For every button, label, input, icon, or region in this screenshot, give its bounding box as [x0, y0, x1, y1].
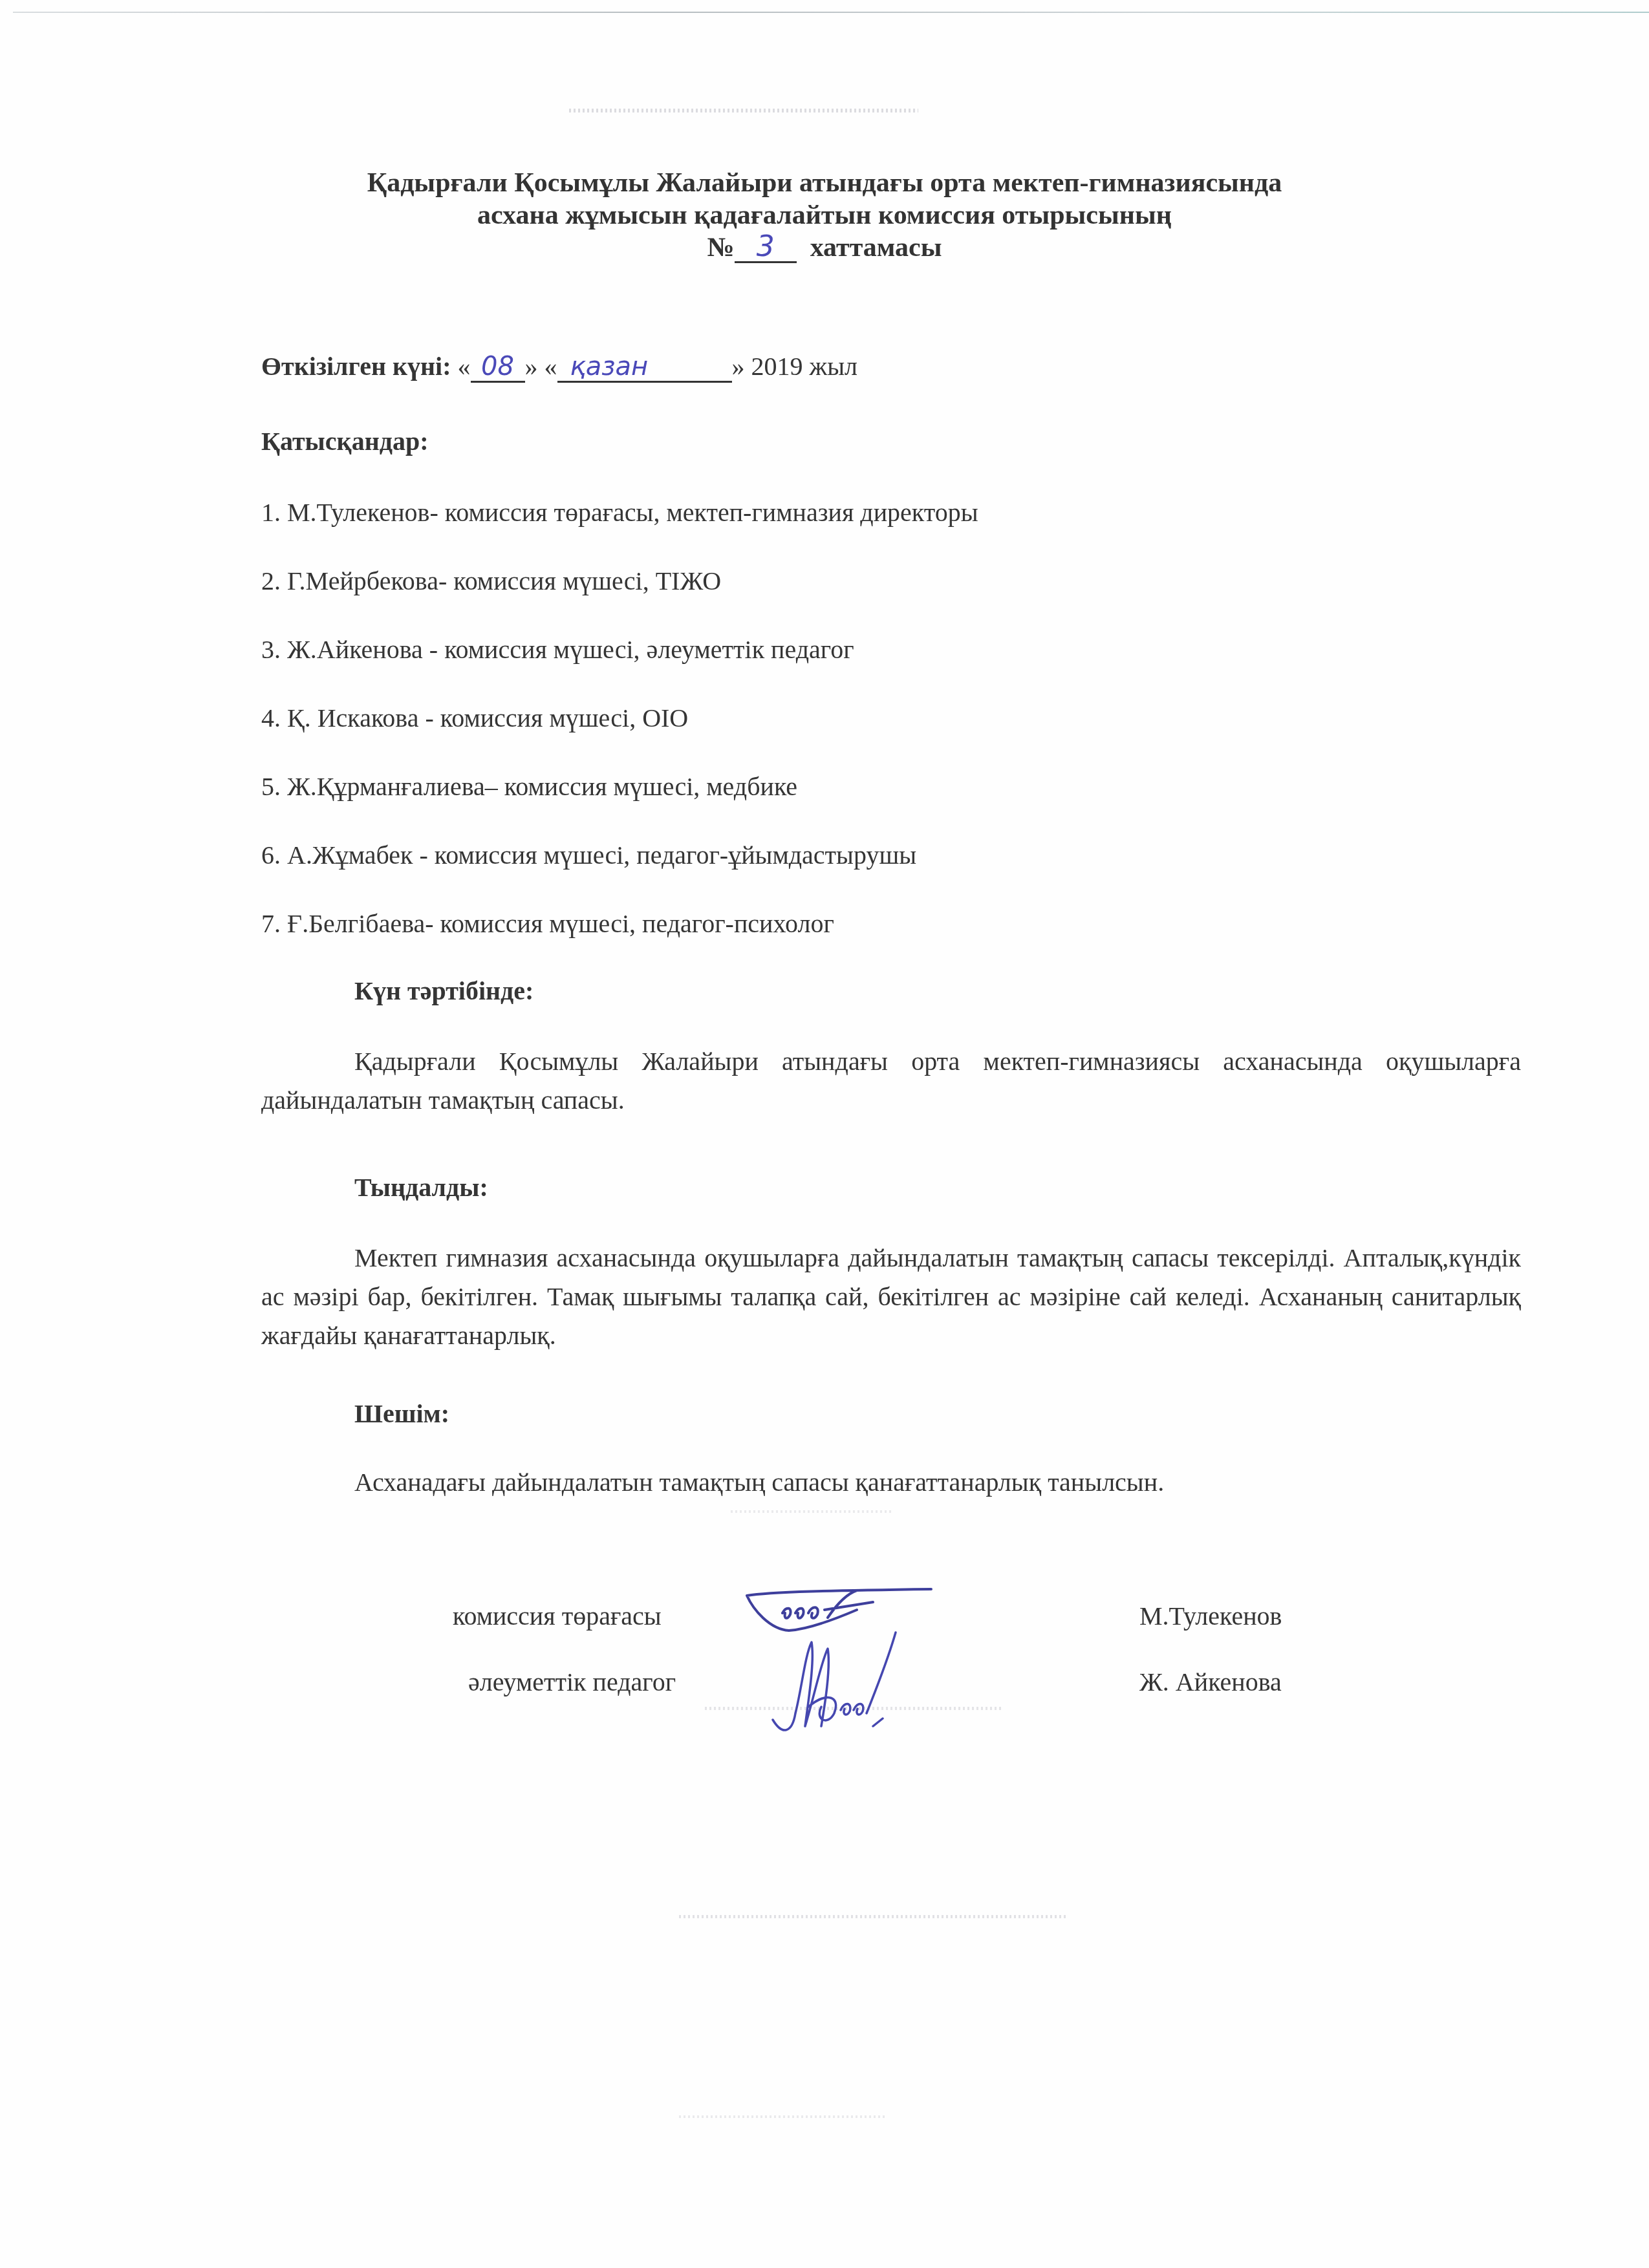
- month-field[interactable]: қазан: [557, 352, 732, 383]
- quote-open: «: [544, 352, 557, 381]
- protocol-number-line: №3 хаттамасы: [0, 231, 1649, 264]
- date-label: Өткізілген күні:: [261, 352, 451, 381]
- participant-item: 2. Г.Мейрбекова- комиссия мүшесі, ТІЖО: [261, 564, 721, 599]
- heard-heading: Тыңдалды:: [261, 1170, 488, 1205]
- heard-text: Мектеп гимназия асханасында оқушыларға д…: [261, 1239, 1521, 1355]
- agenda-text: Қадырғали Қосымұлы Жалайыри атындағы орт…: [261, 1042, 1521, 1120]
- scan-noise-artifact: [569, 109, 918, 112]
- quote-close: »: [732, 352, 745, 381]
- scan-noise-artifact: [731, 1510, 892, 1513]
- quote-close: »: [525, 352, 538, 381]
- participant-item: 3. Ж.Айкенова - комиссия мүшесі, әлеумет…: [261, 632, 854, 667]
- header-title-line-1: Қадырғали Қосымұлы Жалайыри атындағы орт…: [0, 167, 1649, 199]
- decision-heading: Шешім:: [261, 1396, 449, 1431]
- scan-noise-artifact: [705, 1707, 1002, 1710]
- signature-name-chair: М.Тулекенов: [1139, 1601, 1282, 1631]
- scan-noise-artifact: [679, 2115, 886, 2118]
- scan-edge-artifact: [13, 12, 1649, 13]
- protocol-label: хаттамасы: [810, 233, 942, 262]
- signature-name-social-pedagogue: Ж. Айкенова: [1139, 1667, 1282, 1697]
- year-text: 2019 жыл: [751, 352, 857, 381]
- participant-item: 5. Ж.Құрманғалиева– комиссия мүшесі, мед…: [261, 769, 797, 804]
- handwritten-signature-social-pedagogue: [770, 1629, 912, 1739]
- protocol-number-field[interactable]: 3: [735, 233, 797, 263]
- participant-item: 4. Қ. Искакова - комиссия мүшесі, ОІО: [261, 701, 688, 736]
- participants-heading: Қатысқандар:: [261, 424, 429, 459]
- date-row: Өткізілген күні: «08» «қазан» 2019 жыл: [261, 349, 857, 384]
- day-field[interactable]: 08: [471, 352, 525, 383]
- participant-item: 7. Ғ.Белгібаева- комиссия мүшесі, педаго…: [261, 906, 834, 941]
- signature-role-social-pedagogue: әлеуметтік педагог: [468, 1667, 676, 1697]
- agenda-heading: Күн тәртібінде:: [261, 974, 533, 1009]
- scanned-document-page: Қадырғали Қосымұлы Жалайыри атындағы орт…: [0, 0, 1649, 2268]
- participant-item: 1. М.Тулекенов- комиссия төрағасы, мекте…: [261, 495, 978, 530]
- decision-text: Асханадағы дайындалатын тамақтың сапасы …: [261, 1465, 1164, 1500]
- number-sign: №: [707, 233, 734, 262]
- quote-open: «: [458, 352, 471, 381]
- document-header: Қадырғали Қосымұлы Жалайыри атындағы орт…: [0, 167, 1649, 264]
- signature-role-chair: комиссия төрағасы: [453, 1601, 662, 1631]
- scan-noise-artifact: [679, 1915, 1067, 1918]
- header-title-line-2: асхана жұмысын қадағалайтын комиссия оты…: [0, 199, 1649, 231]
- participant-item: 6. А.Жұмабек - комиссия мүшесі, педагог-…: [261, 838, 916, 873]
